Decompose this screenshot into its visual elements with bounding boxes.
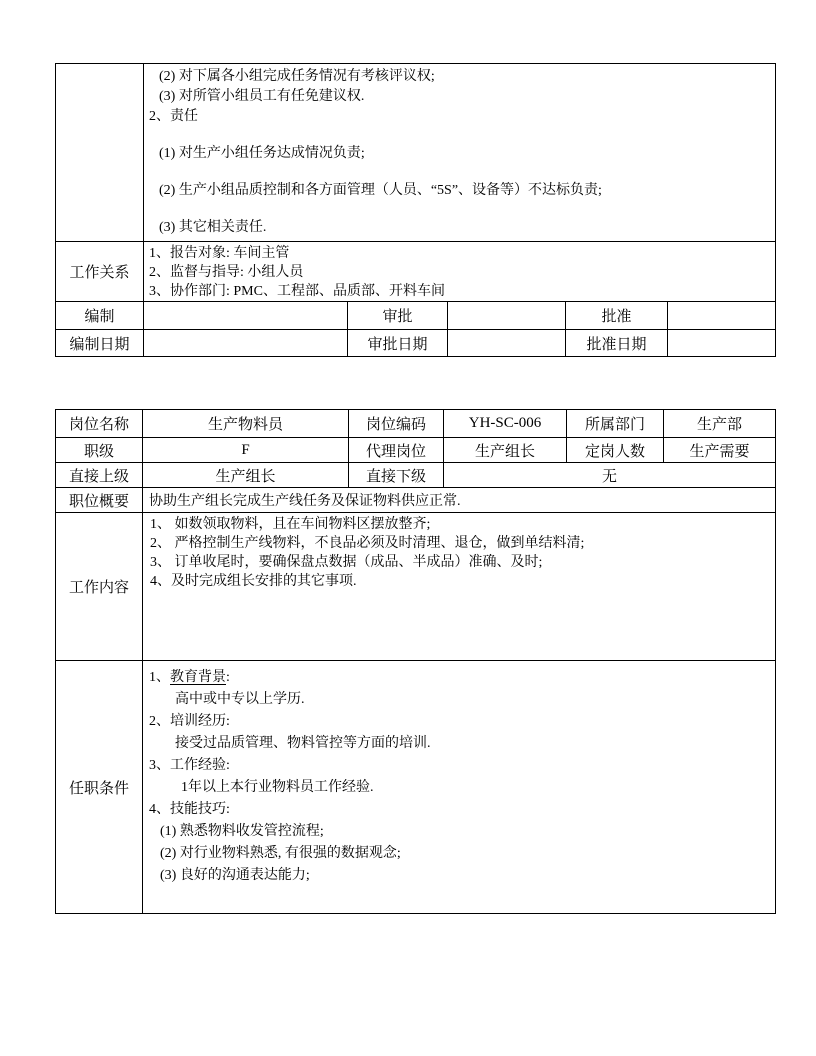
qualification-line: 4、技能技巧: xyxy=(143,799,775,821)
qualification-line: (3) 良好的沟通表达能力; xyxy=(143,865,775,887)
department-value: 生产部 xyxy=(664,410,776,438)
qualification-line: (1) 熟悉物料收发管控流程; xyxy=(143,821,775,843)
approved-by-value-cell xyxy=(668,302,776,330)
education-background-underlined: 教育背景 xyxy=(170,670,226,685)
qualification-line: (2) 对行业物料熟悉, 有很强的数据观念; xyxy=(143,843,775,865)
qualification-line: 接受过品质管理、物料管控等方面的培训. xyxy=(143,733,775,755)
approved-by-label: 批准 xyxy=(566,302,668,330)
job-description-table: 岗位名称 生产物料员 岗位编码 YH-SC-006 所属部门 生产部 职级 F … xyxy=(55,409,776,914)
duty-line: (2) 生产小组品质控制和各方面管理（人员、“5S”、设备等）不达标负责; xyxy=(144,181,775,201)
qualifications-cell: 1、教育背景: 高中或中专以上学历. 2、培训经历: 接受过品质管理、物料管控等… xyxy=(143,661,776,914)
work-content-cell: 1、 如数领取物料，且在车间物料区摆放整齐; 2、 严格控制生产线物料，不良品必… xyxy=(143,513,776,661)
prepared-date-value-cell xyxy=(144,330,348,357)
qualifications-label: 任职条件 xyxy=(56,661,143,914)
rank-label: 职级 xyxy=(56,438,143,463)
work-content-line: 4、及时完成组长安排的其它事项. xyxy=(143,572,775,591)
work-relations-cell: 1、报告对象: 车间主管 2、监督与指导: 小组人员 3、协作部门: PMC、工… xyxy=(144,242,776,302)
reviewed-date-value-cell xyxy=(448,330,566,357)
headcount-label: 定岗人数 xyxy=(567,438,664,463)
direct-supervisor-label: 直接上级 xyxy=(56,463,143,488)
department-label: 所属部门 xyxy=(567,410,664,438)
duty-line: (2) 对下属各小组完成任务情况有考核评议权; xyxy=(144,67,775,87)
duties-continuation-cell: (2) 对下属各小组完成任务情况有考核评议权; (3) 对所管小组员工有任免建议… xyxy=(144,64,776,242)
document-page: (2) 对下属各小组完成任务情况有考核评议权; (3) 对所管小组员工有任免建议… xyxy=(0,0,816,1056)
approved-date-value-cell xyxy=(668,330,776,357)
job-code-value: YH-SC-006 xyxy=(444,410,567,438)
qual-item-colon: : xyxy=(226,670,230,685)
duties-empty-label-cell xyxy=(56,64,144,242)
reviewed-date-label: 审批日期 xyxy=(348,330,448,357)
deputy-post-label: 代理岗位 xyxy=(349,438,444,463)
reviewed-by-label: 审批 xyxy=(348,302,448,330)
job-code-label: 岗位编码 xyxy=(349,410,444,438)
work-relation-line: 3、协作部门: PMC、工程部、品质部、开料车间 xyxy=(144,282,775,301)
direct-supervisor-value: 生产组长 xyxy=(143,463,349,488)
duties-signoff-table: (2) 对下属各小组完成任务情况有考核评议权; (3) 对所管小组员工有任免建议… xyxy=(55,63,776,357)
duty-line: (3) 其它相关责任. xyxy=(144,218,775,238)
qualification-line: 高中或中专以上学历. xyxy=(143,689,775,711)
job-title-label: 岗位名称 xyxy=(56,410,143,438)
reviewed-by-value-cell xyxy=(448,302,566,330)
qual-item-number: 1、 xyxy=(149,670,170,685)
work-relation-line: 2、监督与指导: 小组人员 xyxy=(144,263,775,282)
duty-line: (3) 对所管小组员工有任免建议权. xyxy=(144,87,775,107)
work-relations-label: 工作关系 xyxy=(56,242,144,302)
work-content-line: 1、 如数领取物料，且在车间物料区摆放整齐; xyxy=(143,515,775,534)
duty-line: 2、责任 xyxy=(144,107,775,127)
work-relation-line: 1、报告对象: 车间主管 xyxy=(144,244,775,263)
work-content-line: 2、 严格控制生产线物料，不良品必须及时清理、退仓，做到单结料清; xyxy=(143,534,775,553)
job-summary-text: 协助生产组长完成生产线任务及保证物料供应正常. xyxy=(143,488,776,513)
work-content-line: 3、 订单收尾时，要确保盘点数据（成品、半成品）准确、及时; xyxy=(143,553,775,572)
qualification-line: 1年以上本行业物料员工作经验. xyxy=(143,777,775,799)
job-summary-label: 职位概要 xyxy=(56,488,143,513)
qualification-line: 3、工作经验: xyxy=(143,755,775,777)
work-content-label: 工作内容 xyxy=(56,513,143,661)
qualification-line: 1、教育背景: xyxy=(143,667,775,689)
headcount-value: 生产需要 xyxy=(664,438,776,463)
direct-subordinate-label: 直接下级 xyxy=(349,463,444,488)
direct-subordinate-value: 无 xyxy=(444,463,776,488)
prepared-by-value-cell xyxy=(144,302,348,330)
rank-value: F xyxy=(143,438,349,463)
prepared-by-label: 编制 xyxy=(56,302,144,330)
job-title-value: 生产物料员 xyxy=(143,410,349,438)
approved-date-label: 批准日期 xyxy=(566,330,668,357)
deputy-post-value: 生产组长 xyxy=(444,438,567,463)
qualification-line: 2、培训经历: xyxy=(143,711,775,733)
duty-line: (1) 对生产小组任务达成情况负责; xyxy=(144,144,775,164)
prepared-date-label: 编制日期 xyxy=(56,330,144,357)
